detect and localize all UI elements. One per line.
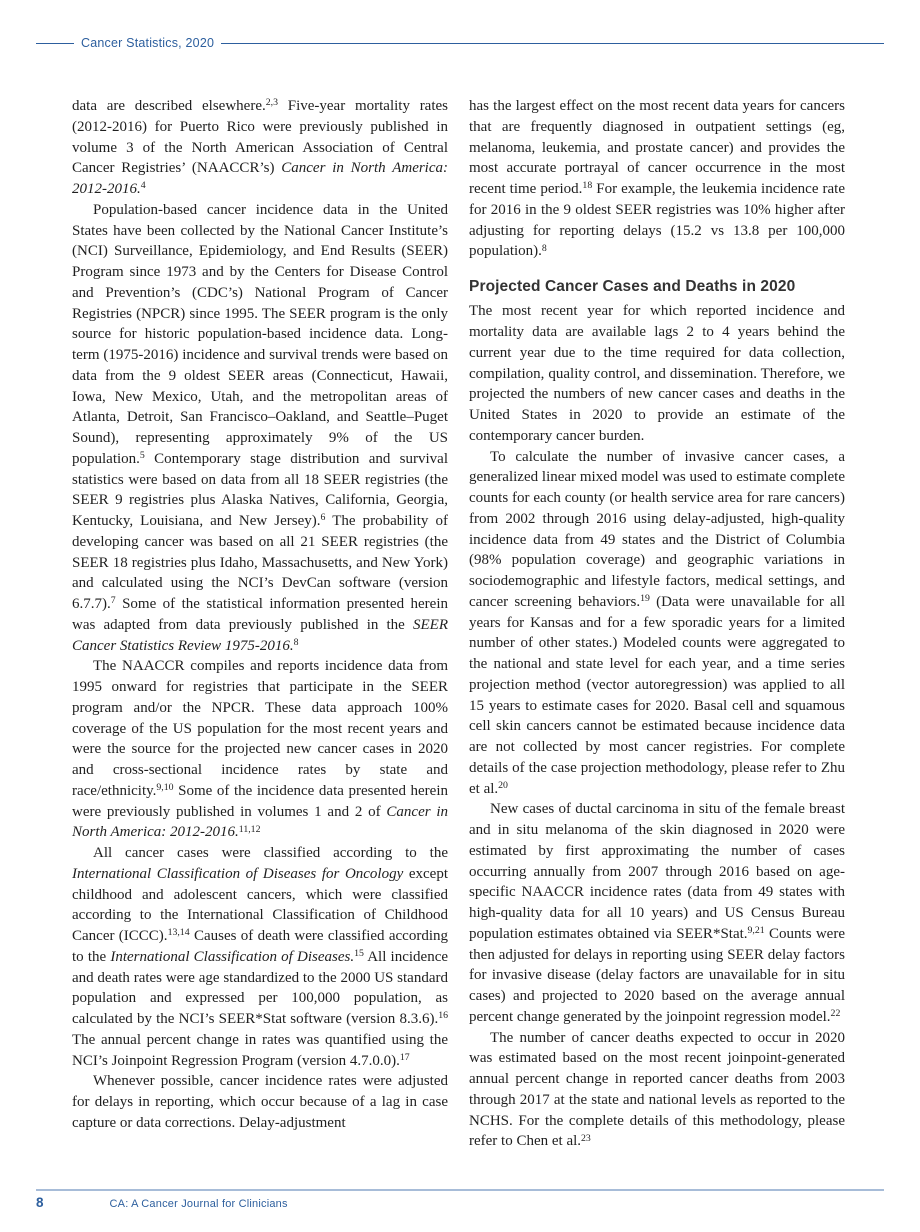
journal-name: CA: A Cancer Journal for Clinicians <box>110 1198 288 1210</box>
body-text: To calculate the number of invasive canc… <box>469 449 845 610</box>
citation-reference: 8 <box>542 243 547 254</box>
body-text: The annual percent change in rates was q… <box>72 1032 448 1069</box>
paragraph: The number of cancer deaths expected to … <box>469 1028 845 1153</box>
paragraph: Whenever possible, cancer incidence rate… <box>72 1071 448 1133</box>
citation-reference: 8 <box>294 637 299 648</box>
italic-title: International Classification of Diseases… <box>110 949 354 965</box>
citation-reference: 11,12 <box>239 824 261 835</box>
article-title: Cancer Statistics, 2020 <box>74 36 221 50</box>
citation-reference: 9,21 <box>748 925 765 936</box>
footer-rule <box>36 1189 884 1191</box>
citation-reference: 18 <box>582 180 592 191</box>
citation-reference: 15 <box>354 948 364 959</box>
paragraph: All cancer cases were classified accordi… <box>72 843 448 1071</box>
body-text: The NAACCR compiles and reports incidenc… <box>72 658 448 799</box>
paragraph: data are described elsewhere.2,3 Five-ye… <box>72 96 448 200</box>
citation-reference: 4 <box>141 180 146 191</box>
body-text: Whenever possible, cancer incidence rate… <box>72 1073 448 1131</box>
header-rule-right <box>221 43 884 44</box>
paragraph: To calculate the number of invasive canc… <box>469 447 845 800</box>
citation-reference: 9,10 <box>156 782 173 793</box>
body-text: New cases of ductal carcinoma in situ of… <box>469 801 845 942</box>
citation-reference: 23 <box>581 1133 591 1144</box>
section-heading: Projected Cancer Cases and Deaths in 202… <box>469 277 845 296</box>
citation-reference: 2,3 <box>266 97 278 108</box>
paragraph: Population-based cancer incidence data i… <box>72 200 448 657</box>
page-number: 8 <box>36 1195 44 1210</box>
citation-reference: 22 <box>831 1008 841 1019</box>
citation-reference: 13,14 <box>168 927 190 938</box>
body-text: All cancer cases were classified accordi… <box>93 845 448 861</box>
right-column: has the largest effect on the most recen… <box>469 96 845 1152</box>
italic-title: International Classification of Diseases… <box>72 866 403 882</box>
citation-reference: 5 <box>140 450 145 461</box>
body-text: Population-based cancer incidence data i… <box>72 202 448 467</box>
running-head: Cancer Statistics, 2020 <box>36 36 884 50</box>
citation-reference: 20 <box>498 780 508 791</box>
body-text: data are described elsewhere. <box>72 98 266 114</box>
citation-reference: 19 <box>640 593 650 604</box>
body-text: The most recent year for which reported … <box>469 303 845 444</box>
body-text: The number of cancer deaths expected to … <box>469 1030 845 1150</box>
page-footer: 8 CA: A Cancer Journal for Clinicians <box>36 1195 884 1210</box>
citation-reference: 6 <box>321 512 326 523</box>
paragraph: The most recent year for which reported … <box>469 301 845 446</box>
article-body: data are described elsewhere.2,3 Five-ye… <box>72 96 846 1152</box>
header-rule-left <box>36 43 74 44</box>
left-column: data are described elsewhere.2,3 Five-ye… <box>72 96 448 1152</box>
citation-reference: 7 <box>111 595 116 606</box>
citation-reference: 16 <box>438 1010 448 1021</box>
citation-reference: 17 <box>400 1052 410 1063</box>
body-text: (Data were unavailable for all years for… <box>469 594 845 797</box>
paragraph: The NAACCR compiles and reports incidenc… <box>72 656 448 843</box>
body-text: Some of the statistical information pres… <box>72 596 448 633</box>
journal-page: Cancer Statistics, 2020 data are describ… <box>0 0 920 1232</box>
paragraph: has the largest effect on the most recen… <box>469 96 845 262</box>
paragraph: New cases of ductal carcinoma in situ of… <box>469 799 845 1027</box>
